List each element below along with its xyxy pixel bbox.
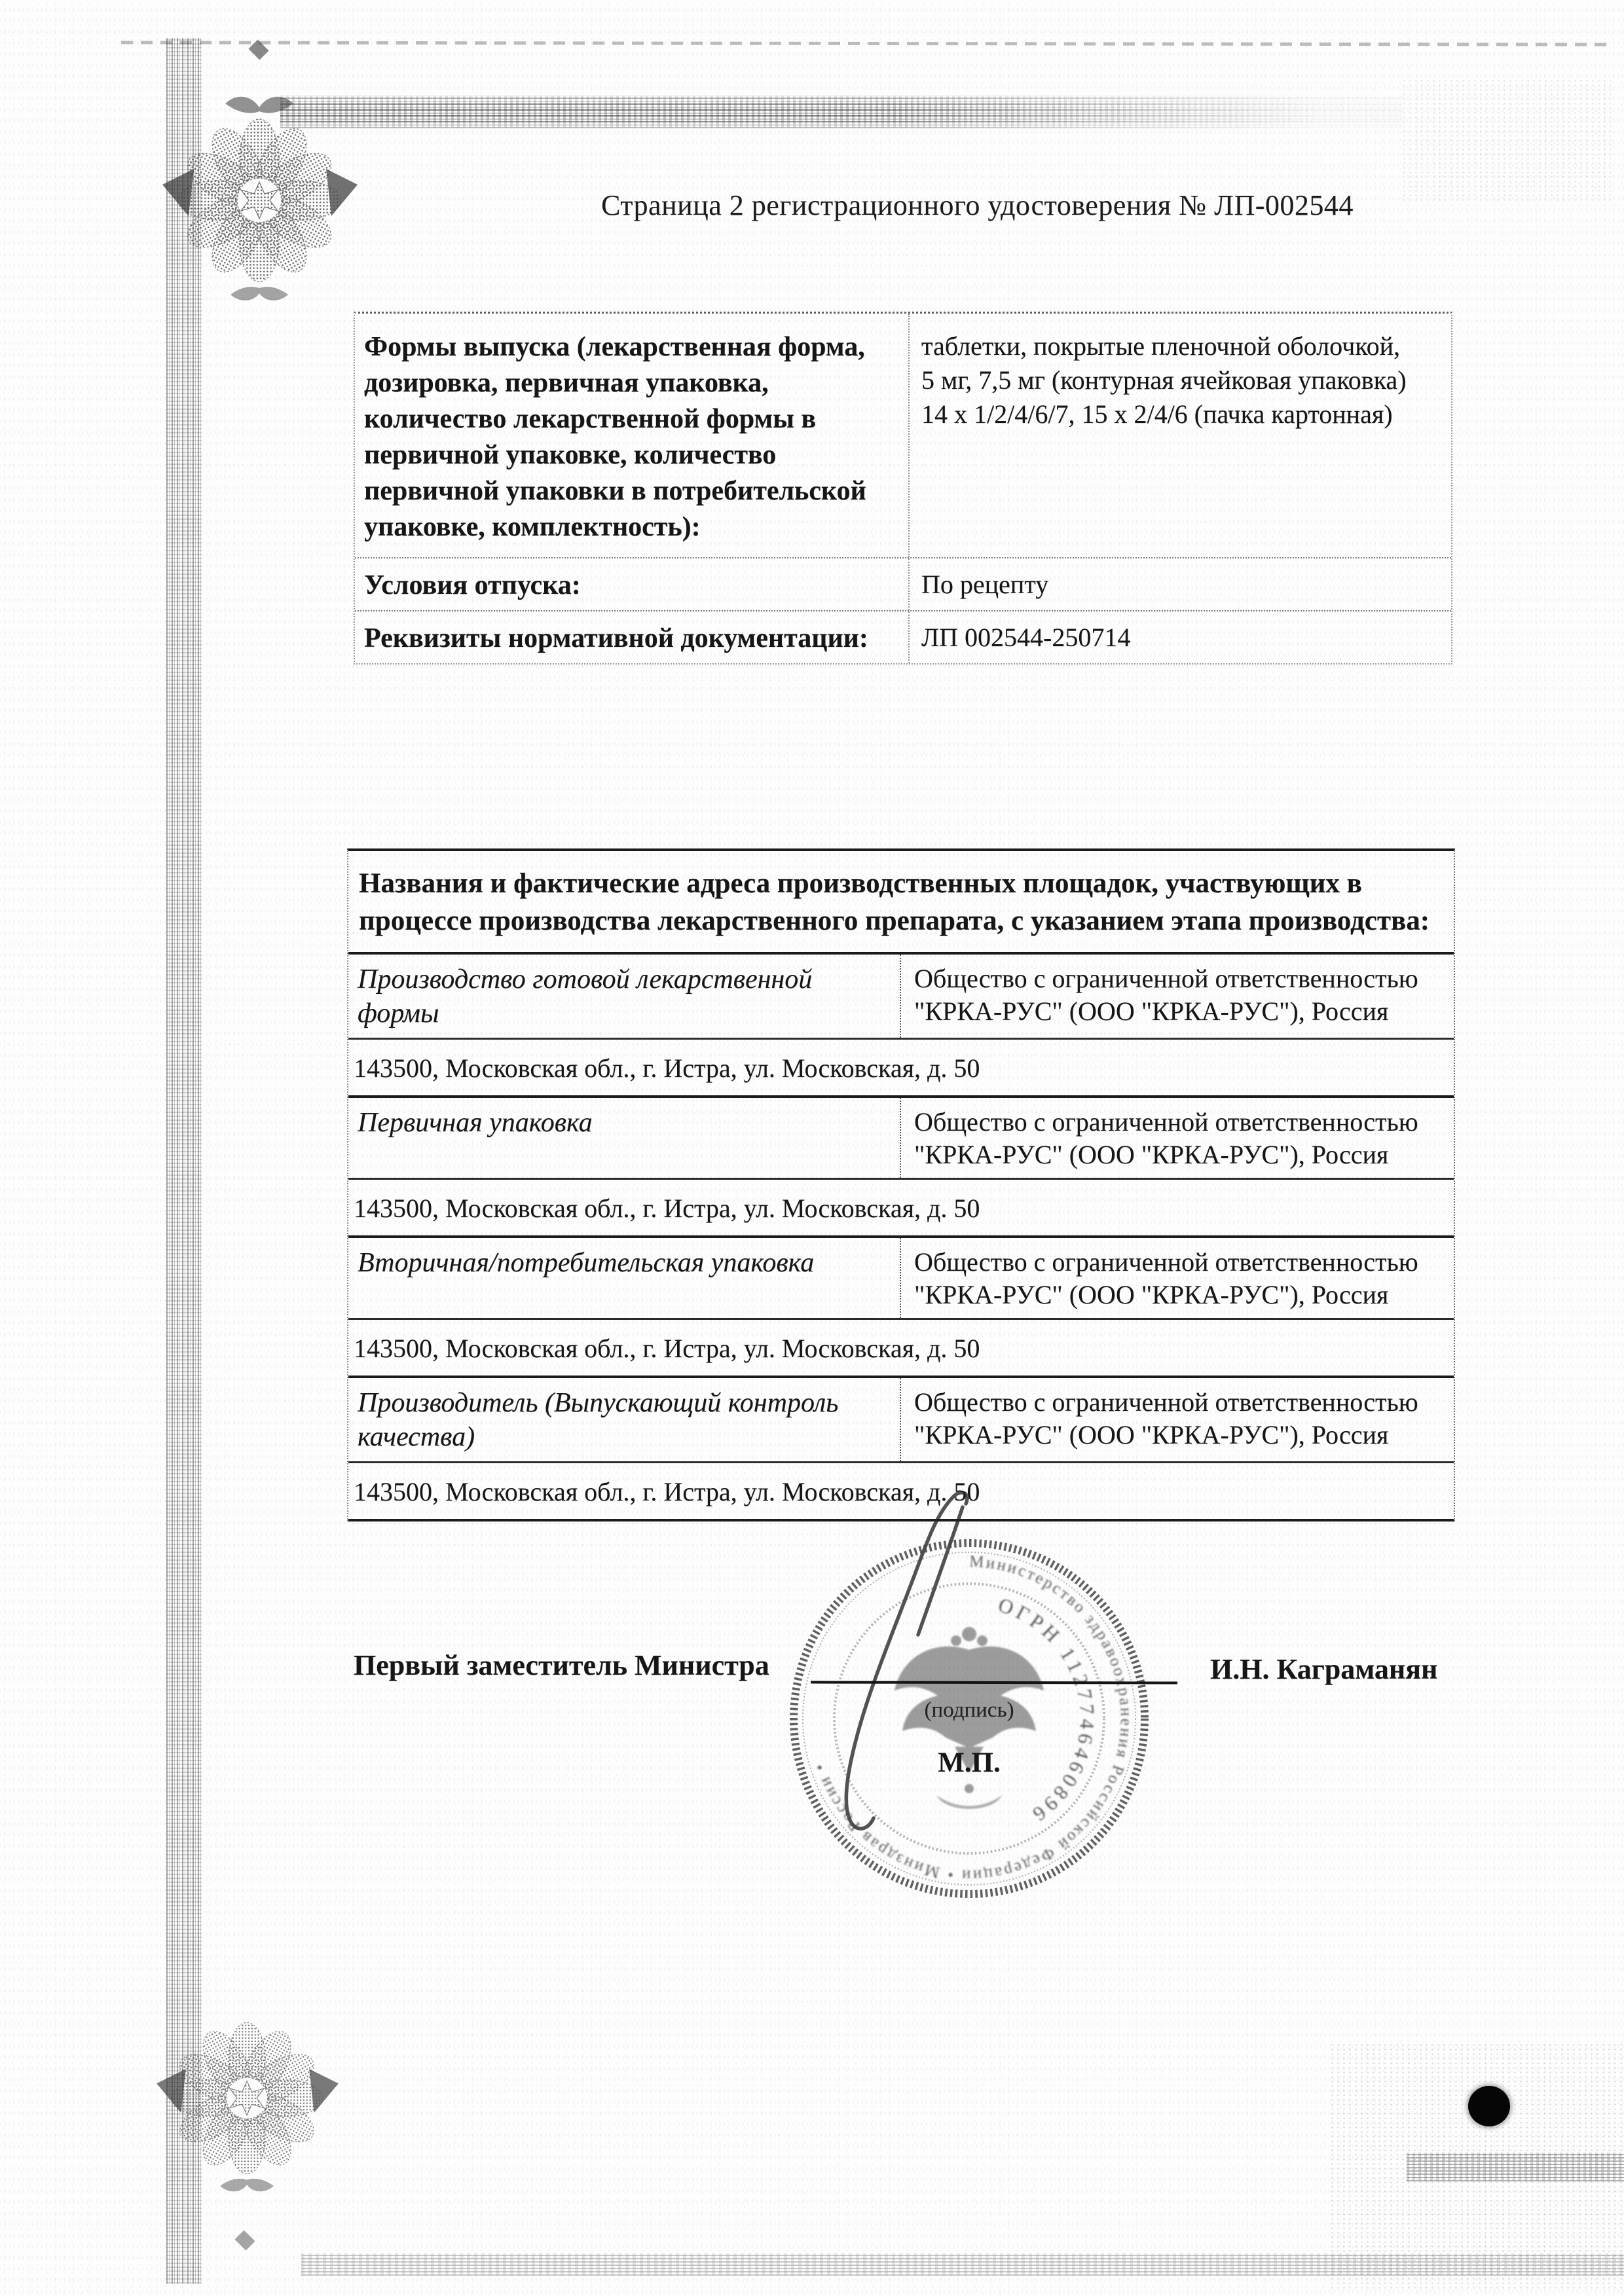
table-row: Вторичная/потребительская упаковка Общес… [348, 1238, 1454, 1320]
top-scan-band [280, 96, 1401, 128]
bottom-corner-mark [234, 2230, 255, 2250]
requisites-value: ЛП 002544-250714 [908, 611, 1451, 663]
stage-label: Вторичная/потребительская упаковка [348, 1238, 900, 1318]
page-title: Страница 2 регистрационного удостоверени… [601, 189, 1354, 222]
table-row: Условия отпуска: По рецепту [355, 557, 1451, 610]
table-row: Производство готовой лекарственной формы… [348, 955, 1454, 1040]
stage-label: Первичная упаковка [348, 1098, 900, 1178]
table-row: Производитель (Выпускающий контроль каче… [348, 1378, 1454, 1463]
company-value: Общество с ограниченной ответственностью… [900, 1378, 1454, 1461]
company-value: Общество с ограниченной ответственностью… [900, 1098, 1454, 1178]
release-forms-label: Формы выпуска (лекарственная форма, дози… [355, 314, 908, 557]
requisites-label: Реквизиты нормативной документации: [355, 611, 908, 663]
table-row: Реквизиты нормативной документации: ЛП 0… [355, 610, 1451, 663]
guilloche-rosette-bottom [149, 1995, 346, 2197]
address-row: 143500, Московская обл., г. Истра, ул. М… [348, 1320, 1454, 1378]
ink-dot [1468, 2086, 1510, 2126]
guilloche-rosette-top [155, 90, 365, 306]
minister-name: И.Н. Каграманян [1210, 1652, 1437, 1686]
release-forms-value: таблетки, покрытые пленочной оболочкой, … [908, 314, 1451, 557]
left-scan-band [166, 38, 202, 2284]
stage-label: Производство готовой лекарственной формы [348, 955, 900, 1038]
release-forms-table: Формы выпуска (лекарственная форма, дози… [354, 312, 1452, 665]
address-row: 143500, Московская обл., г. Истра, ул. М… [348, 1040, 1454, 1098]
signature-caption: (подпись) [871, 1698, 1067, 1722]
address-row: 143500, Московская обл., г. Истра, ул. М… [348, 1180, 1454, 1238]
table-row: Формы выпуска (лекарственная форма, дози… [355, 314, 1451, 557]
table-row: Первичная упаковка Общество с ограниченн… [348, 1098, 1454, 1180]
minister-title: Первый заместитель Министра [354, 1649, 769, 1682]
sites-table-header: Названия и фактические адреса производст… [348, 851, 1454, 955]
bottom-right-noise-patch [1329, 2043, 1624, 2291]
top-right-noise-patch [1401, 79, 1611, 203]
top-scan-line [121, 41, 1614, 46]
dispensing-value: По рецепту [908, 558, 1451, 610]
stage-label: Производитель (Выпускающий контроль каче… [348, 1378, 900, 1461]
company-value: Общество с ограниченной ответственностью… [900, 955, 1454, 1038]
manufacturing-sites-table: Названия и фактические адреса производст… [347, 848, 1455, 1522]
dispensing-label: Условия отпуска: [355, 558, 908, 610]
company-value: Общество с ограниченной ответственностью… [900, 1238, 1454, 1318]
seal-mark: М.П. [930, 1747, 1008, 1779]
scanned-certificate-page: Страница 2 регистрационного удостоверени… [0, 0, 1624, 2296]
